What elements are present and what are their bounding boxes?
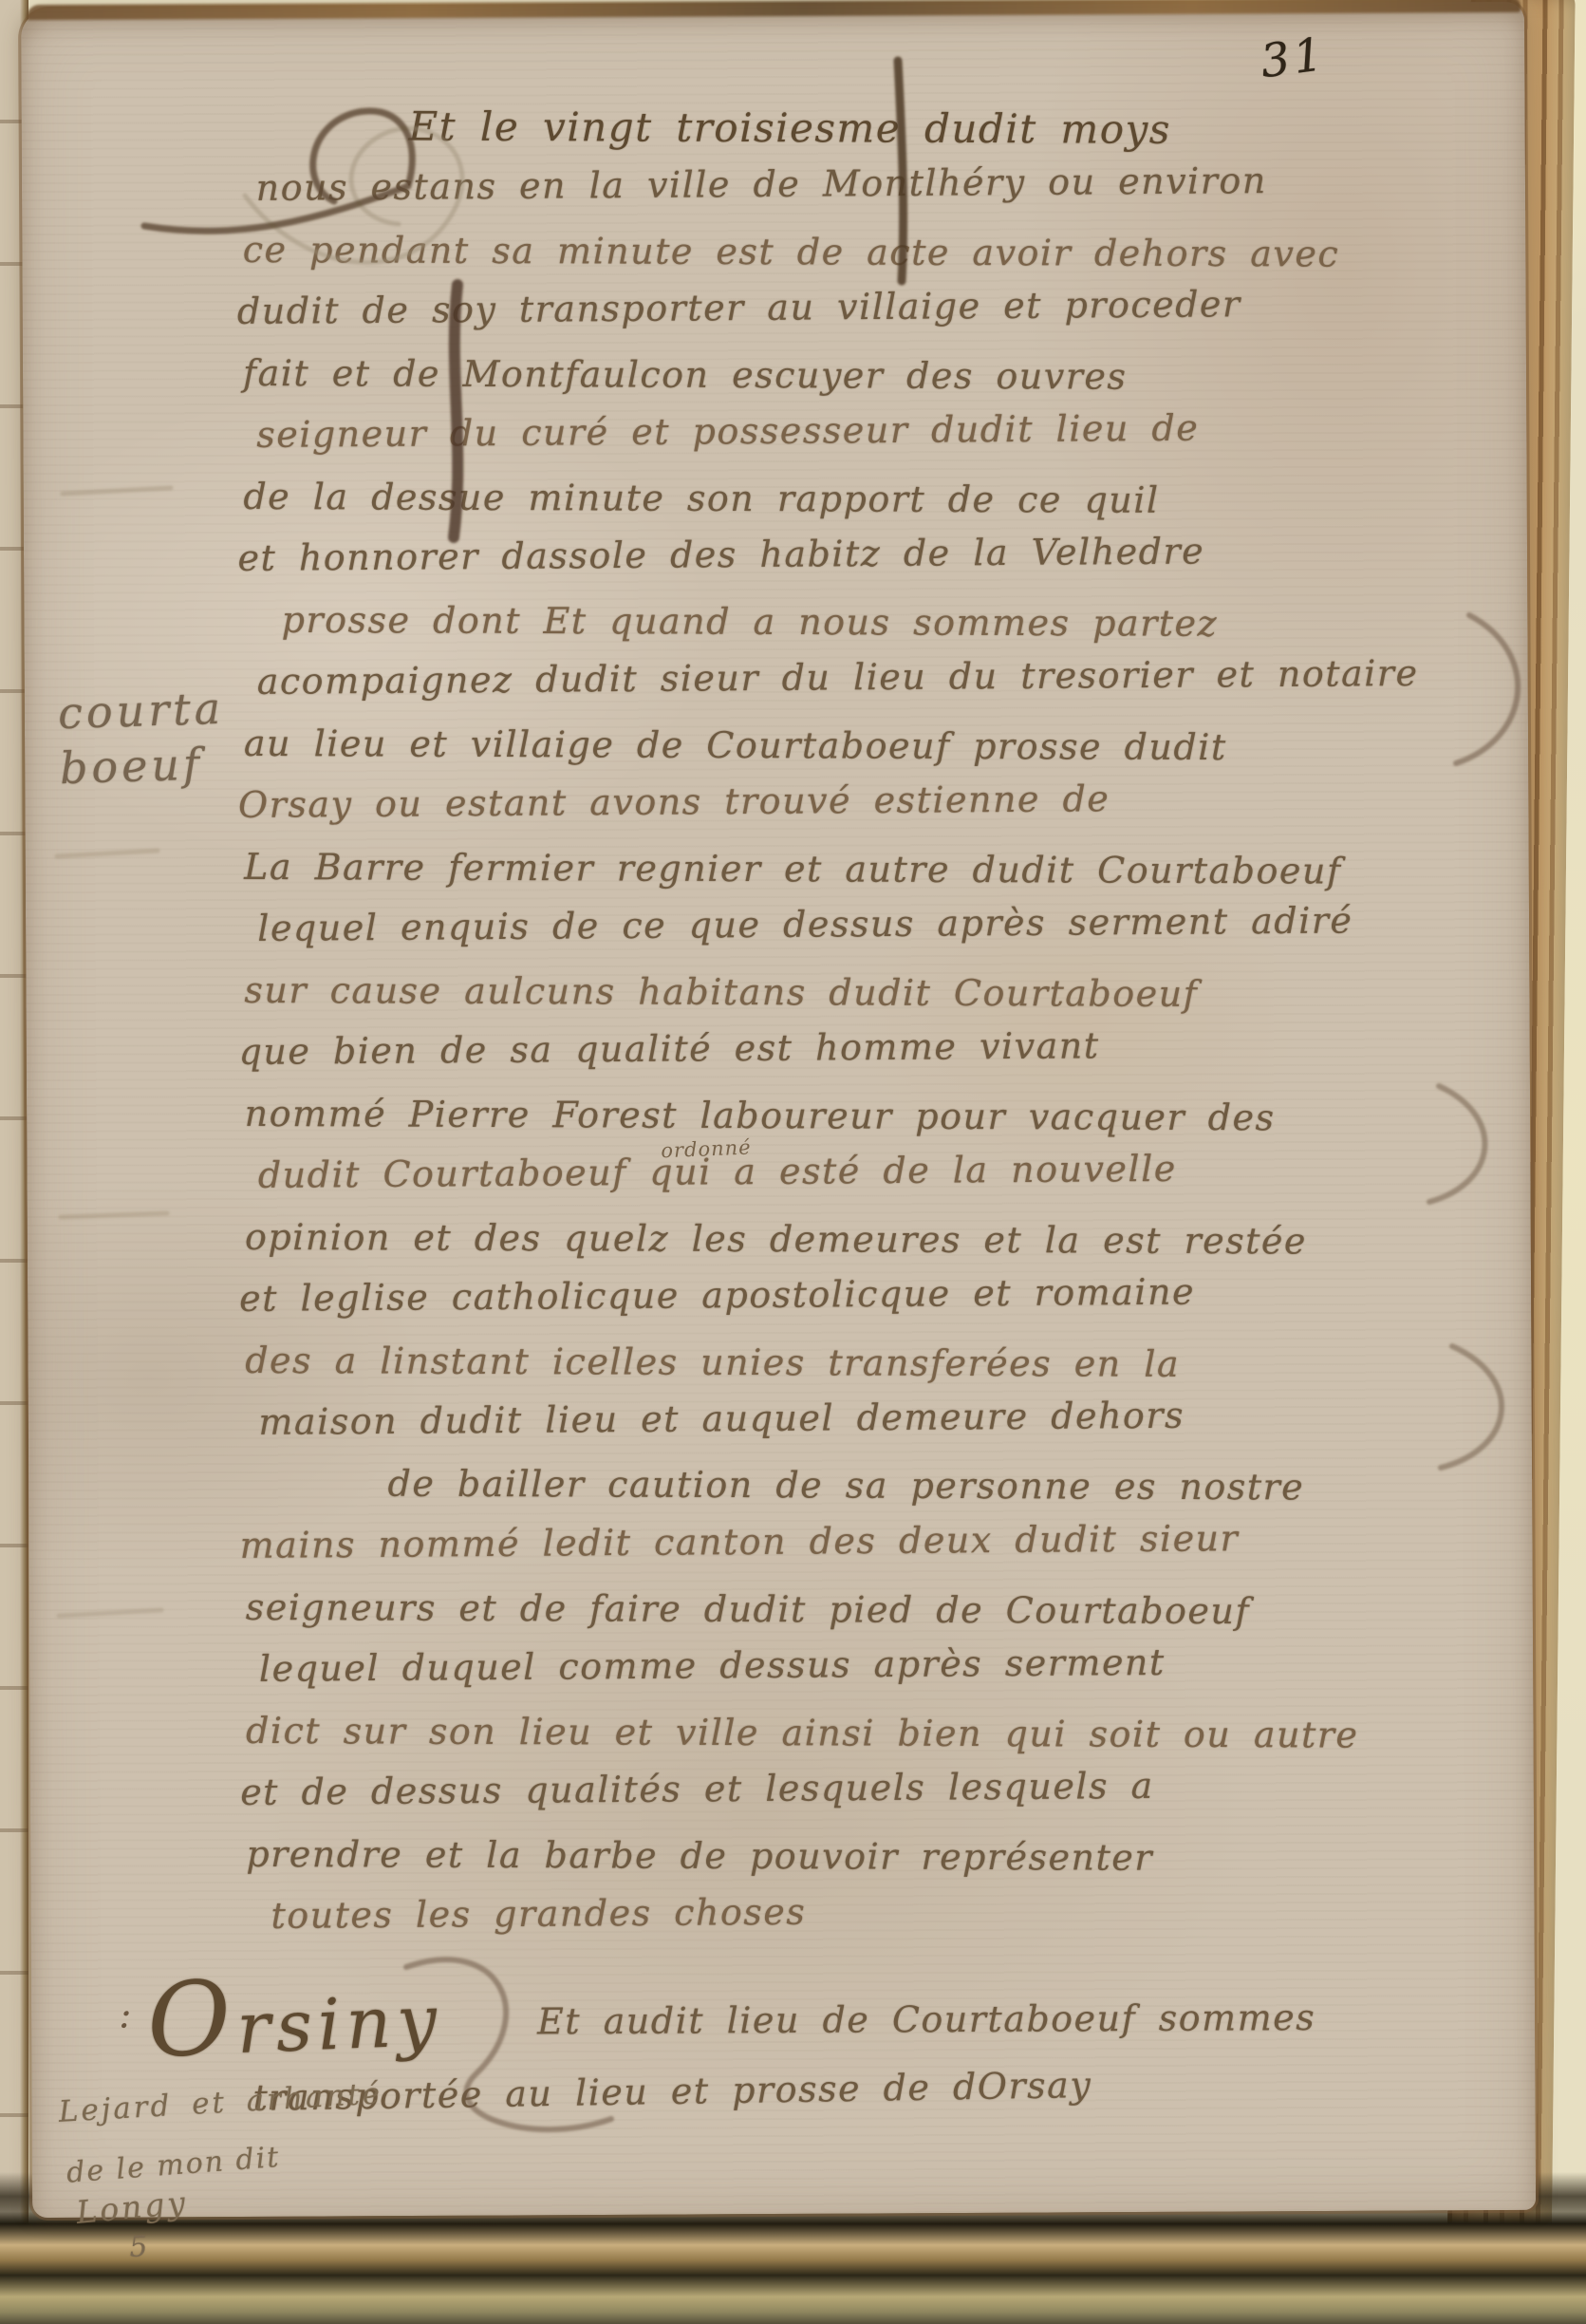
- manuscript-line: acompaignez dudit sieur du lieu du treso…: [257, 642, 1525, 713]
- manuscript-line: mains nommé ledit canton des deux dudit …: [239, 1506, 1526, 1577]
- manuscript-line: maison dudit lieu et auquel demeure deho…: [258, 1382, 1526, 1453]
- manuscript-line: dudit Courtaboeuf qui a esté de la nouve…: [258, 1135, 1526, 1207]
- interline-note: ordonné: [661, 1135, 752, 1162]
- manuscript-line: et leglise catholicque apostolicque et r…: [239, 1259, 1526, 1330]
- manuscript-line: lequel enquis de ce que dessus après ser…: [257, 889, 1525, 960]
- margin-note-line: boeuf: [59, 736, 227, 796]
- manuscript-line: toutes les grandes choses: [271, 1876, 1527, 1947]
- margin-heading-marker: :: [119, 1994, 132, 2037]
- manuscript-line: et de dessus qualités et lesquels lesque…: [240, 1752, 1527, 1824]
- addendum-text-block: Et audit lieu de Courtaboeuf sommestrans…: [537, 1982, 1525, 2124]
- manuscript-line: seigneur du curé et possesseur dudit lie…: [256, 395, 1524, 466]
- manuscript-line: lequel duquel comme dessus après serment: [259, 1629, 1527, 1700]
- manuscript-line: Orsay ou estant avons trouvé estienne de: [238, 765, 1525, 836]
- manuscript-page: 31 courta boeuf Et le vingt troisiesme d…: [21, 2, 1536, 2218]
- addendum-line: Et audit lieu de Courtaboeuf sommes: [537, 1982, 1524, 2055]
- manuscript-line: et honnorer dassole des habitz de la Vel…: [237, 518, 1524, 590]
- bottom-margin-note: 5: [128, 2230, 148, 2264]
- manuscript-line: dudit de soy transporter au villaige et …: [237, 272, 1524, 343]
- manuscript-line: que bien de sa qualité est homme vivant: [238, 1012, 1525, 1083]
- manuscript-line: nous estans en la ville de Montlhéry ou …: [255, 148, 1523, 219]
- folio-number: 31: [1258, 28, 1330, 88]
- margin-note-line: courta: [57, 681, 225, 740]
- margin-note-courtaboeuf: courta boeuf: [57, 681, 227, 796]
- body-text-block: Et le vingt troisiesme dudit moysnous es…: [242, 93, 1527, 1947]
- bottom-margin-note: de le mon dit: [65, 2141, 282, 2190]
